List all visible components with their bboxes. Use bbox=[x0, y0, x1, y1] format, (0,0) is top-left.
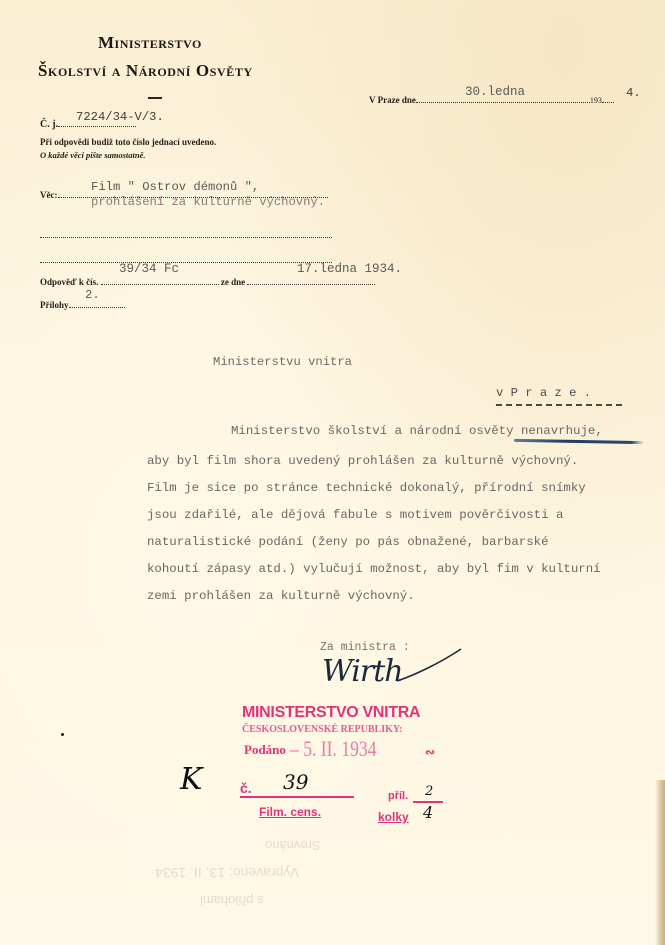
body-line-2: aby byl film shora uvedený prohlášen za … bbox=[147, 454, 578, 468]
ghost-stamp-line-2: Vypraveno: 13. II. 1934 bbox=[155, 865, 299, 881]
letterhead-line-2: Školství a Národní Osvěty bbox=[38, 61, 253, 81]
body-line-4: jsou zdařilé, ale dějová fabule s motive… bbox=[147, 508, 563, 522]
reference-note-1: Při odpovědi budiž toto číslo jednací uv… bbox=[40, 137, 216, 147]
body-line-5: naturalistické podání (ženy po pás obnaž… bbox=[147, 535, 549, 549]
ink-dot bbox=[61, 733, 64, 736]
stamp-attachments-label: příl. bbox=[388, 790, 408, 802]
body-line-3: Film je sice po stránce technické dokona… bbox=[147, 481, 586, 495]
reply-date-label: ze dne bbox=[221, 277, 245, 287]
reply-label: Odpověď k čís. bbox=[40, 277, 98, 287]
reply-date: 17.ledna 1934. bbox=[297, 262, 402, 276]
attachments-dotted-line bbox=[69, 306, 125, 308]
addressee-underline bbox=[496, 404, 622, 406]
reference-field: Č. j. bbox=[40, 119, 136, 130]
subject-label: Věc: bbox=[40, 190, 58, 200]
stamp-ministry-text: MINISTERSTVO VNITRA bbox=[242, 704, 420, 721]
handwritten-k-mark: K bbox=[180, 762, 202, 797]
letterhead-line-1: Ministerstvo bbox=[98, 33, 202, 53]
body-line-1: Ministerstvo školství a národní osvěty n… bbox=[231, 424, 603, 438]
stamp-kolky-handwritten: 4 bbox=[423, 803, 433, 822]
stamp-number-line bbox=[240, 796, 354, 798]
stamp-number-label: č. bbox=[240, 780, 252, 796]
addressee-place: v P r a z e . bbox=[496, 386, 591, 400]
date-label: V Praze dne bbox=[369, 95, 416, 105]
stamp-line-2: ČESKOSLOVENSKÉ REPUBLIKY: bbox=[242, 724, 403, 735]
stamp-number-handwritten: 39 bbox=[283, 770, 308, 794]
subject-dotted-line bbox=[58, 196, 328, 198]
signature-flourish bbox=[395, 645, 465, 685]
stamp-department: Film. cens. bbox=[259, 805, 321, 819]
stamp-received-date: – 5. II. 1934 bbox=[290, 736, 377, 762]
signature-handwritten: Wirth bbox=[322, 654, 403, 689]
stamp-kolky-label: kolky bbox=[378, 810, 409, 824]
stamp-mark-icon: ∾ bbox=[425, 745, 435, 759]
date-dotted-line bbox=[416, 101, 590, 103]
stamp-line-1: MINISTERSTVO VNITRA bbox=[242, 704, 420, 722]
stamp-attachments-handwritten: 2 bbox=[425, 784, 433, 799]
subject-dotted-line-3 bbox=[40, 250, 332, 268]
date-year-suffix: 4. bbox=[626, 86, 641, 100]
reply-field: Odpověď k čís. ze dne bbox=[40, 277, 375, 287]
reply-dotted-line bbox=[101, 283, 219, 285]
date-year-prefix: 193 bbox=[590, 96, 602, 105]
body-line-6: kohoutí zápasy atd.) vylučují možnost, a… bbox=[147, 562, 601, 576]
reference-label: Č. j. bbox=[40, 119, 58, 130]
addressee-name: Ministerstvu vnitra bbox=[213, 355, 352, 369]
ghost-stamp-line-1: Srovnáno bbox=[265, 838, 321, 853]
ghost-stamp-line-3: s přílohami bbox=[200, 893, 264, 908]
date-field: V Praze dne193 bbox=[369, 95, 614, 105]
letterhead-divider bbox=[148, 97, 162, 99]
attachments-field: Přílohy bbox=[40, 300, 125, 310]
page-edge-shadow bbox=[655, 780, 665, 945]
year-dotted-line bbox=[602, 101, 614, 103]
subject-field: Věc: bbox=[40, 190, 328, 200]
reply-date-dotted-line bbox=[247, 283, 375, 285]
body-line-7: zemi prohlášen za kulturně výchovný. bbox=[147, 589, 415, 603]
reference-note-2: O každé věci pište samostatně. bbox=[40, 150, 146, 160]
stamp-received-label: Podáno bbox=[244, 742, 286, 758]
reference-dotted-line bbox=[58, 125, 136, 127]
reply-number: 39/34 Fc bbox=[119, 262, 179, 276]
subject-dotted-line-2 bbox=[40, 225, 332, 243]
attachments-label: Přílohy bbox=[40, 300, 69, 310]
